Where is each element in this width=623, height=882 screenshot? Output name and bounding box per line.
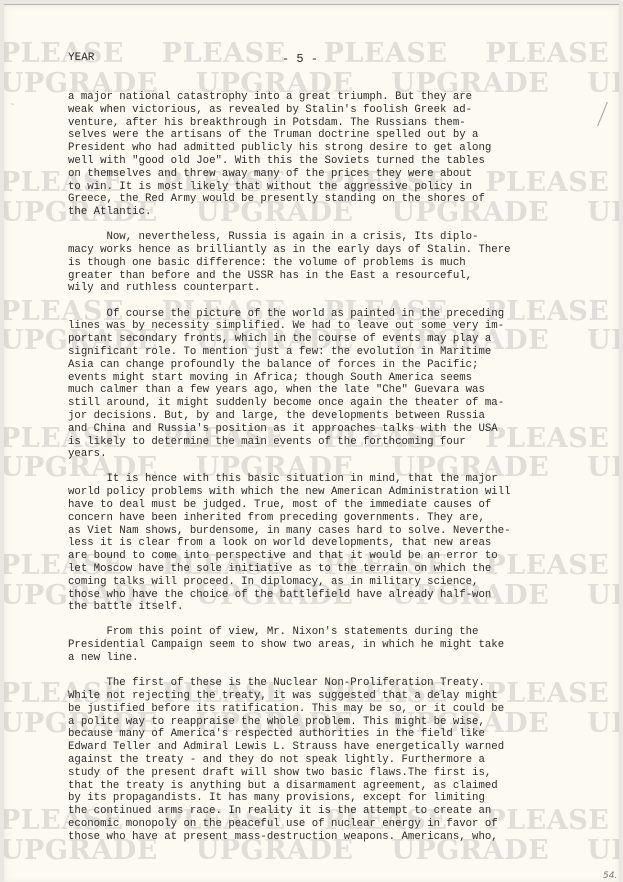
text-line: portant secondary fronts, which in the c… <box>68 333 619 346</box>
text-line: greater than before and the USSR has in … <box>68 270 619 283</box>
text-line: are bound to come into perspective and t… <box>68 550 619 563</box>
text-line: coming talks will proceed. In diplomacy,… <box>68 576 619 589</box>
body-text: a major national catastrophy into a grea… <box>68 91 619 856</box>
text-line: is likely to determine the main events o… <box>68 436 619 449</box>
text-line: jor decisions. But, by and large, the de… <box>68 410 619 423</box>
text-line: world policy problems with which the new… <box>68 486 619 499</box>
document-page: PLEASE PLEASE PLEASE PLEASE PLEASE UPGRA… <box>4 4 619 882</box>
text-line: While not rejecting the treaty, it was s… <box>68 690 619 703</box>
text-line: Asia can change profoundly the balance o… <box>68 359 619 372</box>
text-line: as Viet Nam shows, burdensome, in many c… <box>68 525 619 538</box>
text-line: on themselves and threw away many of the… <box>68 168 619 181</box>
text-line: years. <box>68 448 619 461</box>
text-line: venture, after his breakthrough in Potsd… <box>68 117 619 130</box>
text-line: study of the present draft will show two… <box>68 767 619 780</box>
page-content: YEAR - 5 - ~ a major national catastroph… <box>4 5 619 882</box>
text-line: to win. It is most likely that without t… <box>68 181 619 194</box>
text-line: concern have been inherited from precedi… <box>68 512 619 525</box>
text-line: and China and Russia's position as it ap… <box>68 423 619 436</box>
text-line: have to deal must be judged. True, most … <box>68 499 619 512</box>
text-line: Of course the picture of the world as pa… <box>68 308 619 321</box>
text-line: the continued arms race. In reality it i… <box>68 805 619 818</box>
text-line: that the treaty is anything but a disarm… <box>68 780 619 793</box>
text-line: President who had admitted publicly his … <box>68 142 619 155</box>
text-line: let Moscow have the sole initiative as t… <box>68 563 619 576</box>
margin-smudge: ~ <box>10 101 15 108</box>
paragraph: Now, nevertheless, Russia is again in a … <box>68 231 619 295</box>
text-line: Now, nevertheless, Russia is again in a … <box>68 231 619 244</box>
text-line: well with "good old Joe". With this the … <box>68 155 619 168</box>
paragraph: a major national catastrophy into a grea… <box>68 91 619 219</box>
text-line: is though one basic difference: the volu… <box>68 257 619 270</box>
text-line: because many of America's respected auth… <box>68 728 619 741</box>
text-line: It is hence with this basic situation in… <box>68 473 619 486</box>
text-line: significant role. To mention just a few:… <box>68 346 619 359</box>
text-line: selves were the artisans of the Truman d… <box>68 129 619 142</box>
text-line: a polite way to reappraise the whole pro… <box>68 716 619 729</box>
text-line: Edward Teller and Admiral Lewis L. Strau… <box>68 741 619 754</box>
text-line: wily and ruthless counterpart. <box>68 282 619 295</box>
text-line: those who have the choice of the battlef… <box>68 589 619 602</box>
text-line: The first of these is the Nuclear Non-Pr… <box>68 677 619 690</box>
text-line: by its propagandists. It has many provis… <box>68 792 619 805</box>
page-number: - 5 - <box>282 52 318 66</box>
text-line: those who have at present mass-destructi… <box>68 831 619 844</box>
archive-page-annotation: 54. <box>603 871 617 881</box>
text-line: economic monopoly on the peaceful use of… <box>68 818 619 831</box>
text-line: still around, it might suddenly become o… <box>68 397 619 410</box>
text-line: Presidential Campaign seem to show two a… <box>68 639 619 652</box>
text-line: events might start moving in Africa; tho… <box>68 372 619 385</box>
text-line: lines was by necessity simplified. We ha… <box>68 320 619 333</box>
text-line: Greece, the Red Army would be presently … <box>68 193 619 206</box>
paragraph: The first of these is the Nuclear Non-Pr… <box>68 677 619 843</box>
text-line: macy works hence as brilliantly as in th… <box>68 244 619 257</box>
text-line: against the treaty - and they do not spe… <box>68 754 619 767</box>
text-line: a major national catastrophy into a grea… <box>68 91 619 104</box>
text-line: much calmer than a few years ago, when t… <box>68 384 619 397</box>
paragraph: It is hence with this basic situation in… <box>68 473 619 614</box>
running-header: YEAR <box>68 52 94 64</box>
text-line: a new line. <box>68 652 619 665</box>
paragraph: Of course the picture of the world as pa… <box>68 308 619 462</box>
text-line: be justified before its ratification. Th… <box>68 703 619 716</box>
text-line: the battle itself. <box>68 601 619 614</box>
text-line: weak when victorious, as revealed by Sta… <box>68 104 619 117</box>
paragraph: From this point of view, Mr. Nixon's sta… <box>68 626 619 664</box>
text-line: From this point of view, Mr. Nixon's sta… <box>68 626 619 639</box>
text-line: less it is clear from a look on world de… <box>68 537 619 550</box>
text-line: the Atlantic. <box>68 206 619 219</box>
